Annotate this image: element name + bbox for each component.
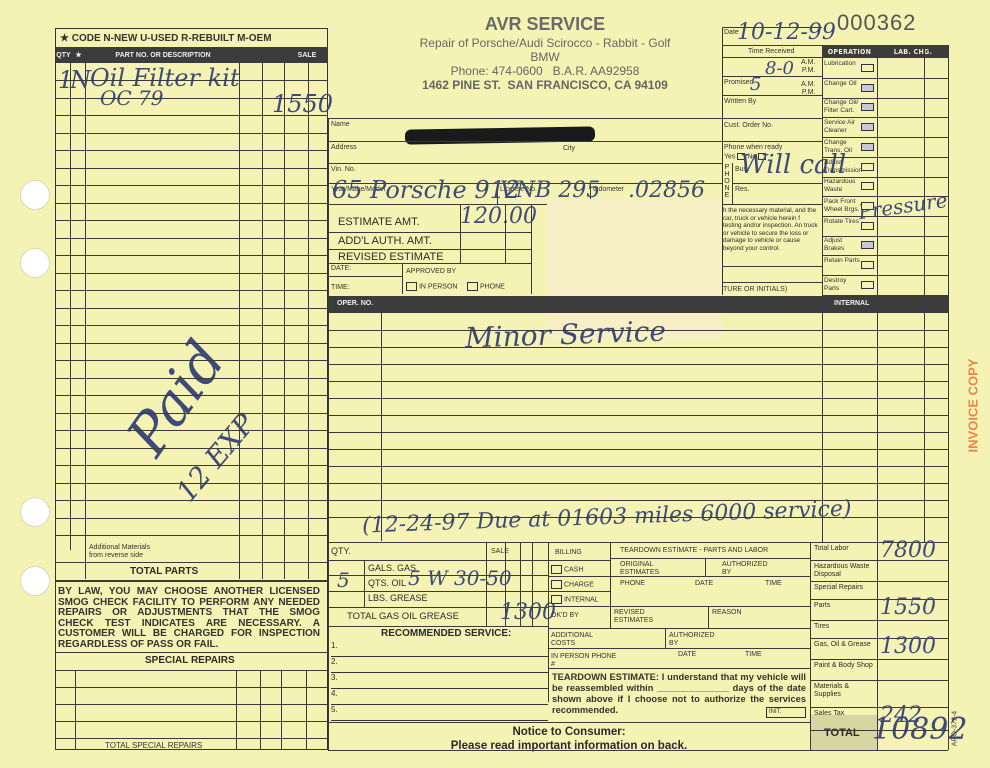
recommended-service-title: RECOMMENDED SERVICE: [381, 628, 511, 639]
recommended-line[interactable]: 3. [331, 673, 548, 689]
teardown-time-label: TIME [765, 580, 782, 588]
operation-header: OPERATION [822, 45, 877, 58]
totals-row-value: 1550 [880, 595, 936, 620]
cash-checkbox[interactable]: CASH [551, 565, 583, 574]
authorized-by-label: AUTHORIZED BY [722, 561, 777, 577]
teardown-phone-label: PHONE [620, 580, 645, 588]
revised-estimate-label: REVISED ESTIMATE [338, 251, 444, 263]
shop-phone: Phone: 474-0600 B.A.R. AA92958 [380, 64, 710, 78]
lbs-grease-label: LBS. GREASE [368, 593, 428, 603]
phone-checkbox[interactable]: PHONE [467, 282, 505, 291]
work-line-1: Minor Service [464, 315, 666, 355]
additional-costs-label: ADDITIONAL COSTS [551, 632, 611, 648]
in-person-phone-label: IN PERSON PHONE # [551, 653, 621, 669]
recommended-line[interactable]: 1. [331, 641, 548, 657]
in-person-checkbox[interactable]: IN PERSON [406, 282, 457, 291]
shop-tagline-2: BMW [380, 50, 710, 64]
totals-row-label: Hazardous Waste Disposal [814, 563, 874, 579]
operation-checkbox[interactable] [861, 241, 874, 249]
internal-header: INTERNAL [834, 300, 869, 307]
qts-oil-note: 5 W 30-50 [408, 566, 512, 590]
binder-hole [20, 497, 50, 527]
col-sale: SALE [286, 52, 328, 59]
totals-row-label: Gas, Oil & Grease [814, 641, 874, 649]
totals-row-label: Sales Tax [814, 710, 874, 718]
code-legend: ★ CODE N-NEW U-USED R-REBUILT M-OEM [60, 33, 272, 44]
authorization-text: h the necessary material, and the car, t… [723, 207, 819, 252]
written-by-label: Written By [724, 98, 756, 106]
notice-line-1: Notice to Consumer: [328, 726, 810, 738]
recommended-line[interactable]: 2. [331, 657, 548, 673]
revised-estimates-label: REVISED ESTIMATES [614, 609, 674, 625]
cust-order-label: Cust. Order No. [724, 122, 773, 130]
shop-name: AVR SERVICE [380, 14, 710, 35]
col-desc: PART NO. OR DESCRIPTION [86, 52, 240, 59]
time-received-label: Time Received [748, 48, 794, 56]
date-value: 10-12-99 [737, 20, 836, 45]
qts-oil-label: QTS. OIL [368, 578, 406, 588]
operation-checkbox[interactable] [861, 64, 874, 72]
original-estimates-label: ORIGINAL ESTIMATES [620, 561, 680, 577]
invoice-number: 000362 [837, 10, 916, 36]
totals-row-label: Parts [814, 602, 874, 610]
reason-label: REASON [712, 609, 742, 617]
labor-charge-header: LAB. CHG. [877, 45, 949, 58]
totals-row-label: Tires [814, 623, 874, 631]
smog-notice: BY LAW, YOU MAY CHOOSE ANOTHER LICENSED … [58, 587, 320, 650]
addl-auth-label: ADD'L AUTH. AMT. [338, 235, 432, 247]
teardown-title: TEARDOWN ESTIMATE - PARTS AND LABOR [620, 547, 768, 555]
total-special-repairs: TOTAL SPECIAL REPAIRS [105, 741, 202, 750]
operation-checkbox[interactable] [861, 182, 874, 190]
operation-checkbox[interactable] [861, 123, 874, 131]
res-label: Res. [735, 186, 749, 194]
operation-checkbox[interactable] [861, 103, 874, 111]
binder-hole [20, 566, 50, 596]
shop-address: 1462 PINE ST. SAN FRANCISCO, CA 94109 [380, 78, 710, 92]
invoice-copy-label: INVOICE COPY [966, 351, 981, 461]
totals-row-label: Materials & Supplies [814, 683, 874, 699]
time-label: TIME: [331, 284, 350, 292]
total-label: TOTAL [824, 727, 860, 739]
address-label: Address [331, 144, 357, 152]
date-label: DATE: [331, 265, 351, 273]
signature-label: TURE OR INITIALS) [723, 286, 787, 294]
total-gas-oil-grease-label: TOTAL GAS OIL GREASE [347, 611, 459, 622]
teardown-date-label: DATE [695, 580, 713, 588]
estimate-amt-value: 120.00 [460, 204, 537, 229]
invoice-paper: AVR SERVICE Repair of Porsche/Audi Sciro… [0, 0, 990, 768]
year-make-model-value: 65 Porsche 912 [332, 176, 520, 204]
am-pm: A.M.P.M. [801, 59, 815, 75]
teardown-date-2-label: DATE [678, 651, 696, 659]
qty-label: QTY. [331, 546, 351, 556]
checkbox-icon[interactable] [467, 282, 478, 291]
city-label: City [563, 145, 575, 153]
vin-label: Vin. No. [331, 166, 356, 174]
billing-title: BILLING [555, 549, 582, 557]
operation-checkbox[interactable] [861, 261, 874, 269]
special-repairs-title: SPECIAL REPAIRS [145, 655, 235, 666]
charge-checkbox[interactable]: CHARGE [551, 580, 594, 589]
col-star: ★ [71, 51, 86, 59]
promised-value: 5 [750, 74, 761, 95]
total-parts-label: TOTAL PARTS [130, 566, 198, 577]
init-field[interactable]: INIT. [766, 707, 806, 718]
binder-hole [20, 248, 50, 278]
operation-checkbox[interactable] [861, 222, 874, 230]
sale-label: SALE [491, 548, 509, 556]
internal-checkbox[interactable]: INTERNAL [551, 595, 599, 604]
operation-checkbox[interactable] [861, 281, 874, 289]
recommended-line[interactable]: 4. [331, 689, 548, 705]
qts-oil-qty: 5 [337, 568, 350, 592]
form-code: ARO-372-4 [952, 704, 959, 754]
estimate-amt-label: ESTIMATE AMT. [338, 216, 420, 228]
col-qty: QTY [56, 52, 71, 59]
binder-hole [20, 180, 50, 210]
operation-checkbox[interactable] [861, 163, 874, 171]
shop-tagline: Repair of Porsche/Audi Scirocco - Rabbit… [380, 36, 710, 50]
oper-no-header: OPER. NO. [337, 300, 373, 307]
operation-checkbox[interactable] [861, 143, 874, 151]
authorized-by-2-label: AUTHORIZED BY [669, 632, 724, 648]
totals-row-label: Special Repairs [814, 584, 874, 592]
operation-checkbox[interactable] [861, 84, 874, 92]
parts-header: QTY ★ PART NO. OR DESCRIPTION SALE [56, 47, 328, 63]
totals-row-value: 1300 [880, 634, 936, 659]
recommended-line[interactable]: 5. [331, 705, 548, 721]
phone-vertical-label: PHONE [723, 164, 731, 199]
shop-header: AVR SERVICE Repair of Porsche/Audi Sciro… [380, 14, 710, 92]
teardown-time-2-label: TIME [745, 651, 762, 659]
okd-by-label: OK'D BY [551, 612, 579, 620]
totals-row-value: 242 [880, 703, 922, 728]
part-row-sale: 1550 [272, 90, 333, 118]
operation-checkbox[interactable] [861, 202, 874, 210]
approved-by-label: APPROVED BY [406, 268, 456, 276]
additional-materials: Additional Materials from reverse side [89, 544, 150, 560]
name-label: Name [331, 121, 350, 129]
totals-row-label: Paint & Body Shop [814, 662, 874, 670]
checkbox-icon[interactable] [406, 282, 417, 291]
totals-row-label: Total Labor [814, 545, 874, 553]
